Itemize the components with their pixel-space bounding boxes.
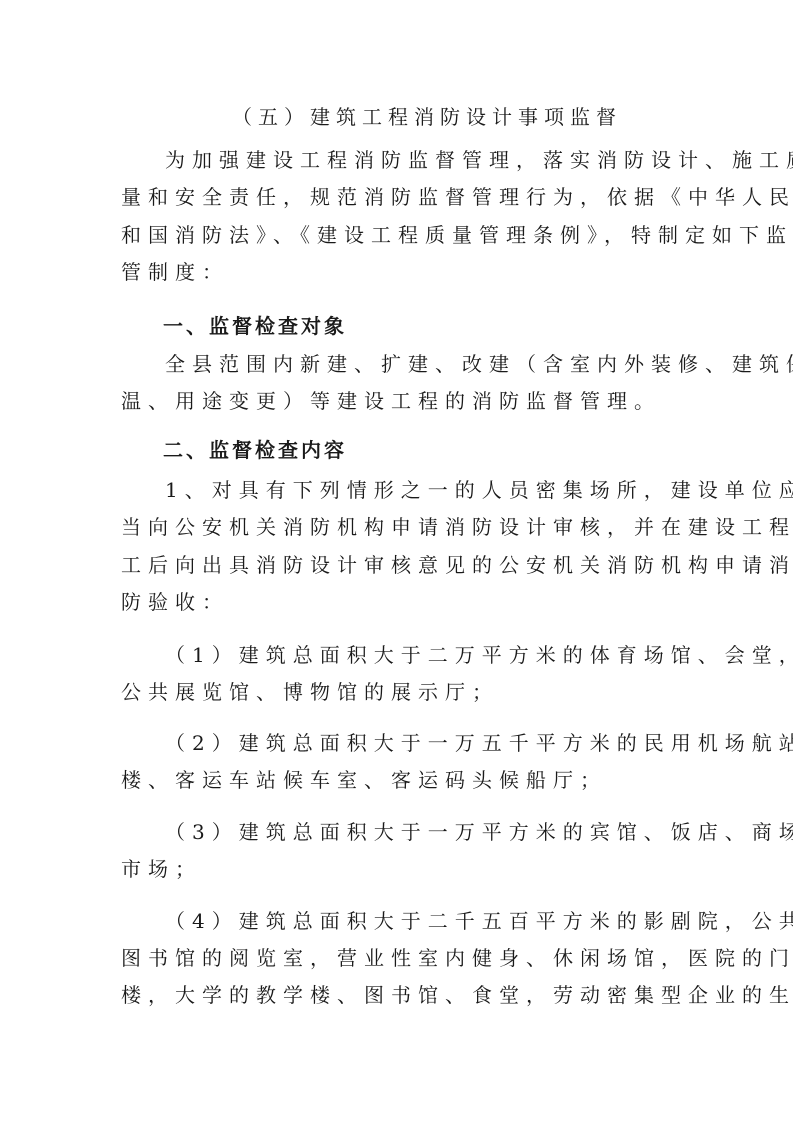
section-heading-inspection-content: 二、监督检查内容: [163, 438, 347, 462]
sub-item-1-line: （1）建筑总面积大于二万平方米的体育场馆、会堂，: [165, 643, 793, 667]
intro-line: 量和安全责任，规范消防监督管理行为，依据《中华人民共: [121, 185, 793, 209]
item1-line: 防验收：: [121, 590, 229, 614]
sub-item-2-line: 楼、客运车站候车室、客运码头候船厅；: [121, 768, 607, 792]
sub-item-1-line: 公共展览馆、博物馆的展示厅；: [121, 680, 499, 704]
document-title: （五）建筑工程消防设计事项监督: [232, 105, 622, 129]
intro-line: 管制度：: [121, 260, 229, 284]
sub-item-4-line: 图书馆的阅览室，营业性室内健身、休闲场馆，医院的门诊: [121, 946, 793, 970]
sub-item-4-line: 楼，大学的教学楼、图书馆、食堂，劳动密集型企业的生产: [121, 983, 793, 1007]
document-page: （五）建筑工程消防设计事项监督 为加强建设工程消防监督管理，落实消防设计、施工质…: [0, 0, 793, 1122]
intro-line: 为加强建设工程消防监督管理，落实消防设计、施工质: [165, 148, 793, 172]
section1-line: 温、用途变更）等建设工程的消防监督管理。: [121, 389, 661, 413]
sub-item-3-line: 市场；: [121, 857, 202, 881]
section1-line: 全县范围内新建、扩建、改建（含室内外装修、建筑保: [165, 352, 793, 376]
item1-line: 1、对具有下列情形之一的人员密集场所，建设单位应: [165, 478, 793, 502]
sub-item-4-line: （4）建筑总面积大于二千五百平方米的影剧院，公共: [165, 909, 793, 933]
item1-line: 工后向出具消防设计审核意见的公安机关消防机构申请消: [121, 553, 793, 577]
section-heading-inspection-targets: 一、监督检查对象: [163, 314, 347, 338]
sub-item-3-line: （3）建筑总面积大于一万平方米的宾馆、饭店、商场、: [165, 820, 793, 844]
item1-line: 当向公安机关消防机构申请消防设计审核，并在建设工程竣: [121, 515, 793, 539]
intro-line: 和国消防法》、《建设工程质量管理条例》，特制定如下监: [121, 223, 793, 247]
sub-item-2-line: （2）建筑总面积大于一万五千平方米的民用机场航站: [165, 731, 793, 755]
